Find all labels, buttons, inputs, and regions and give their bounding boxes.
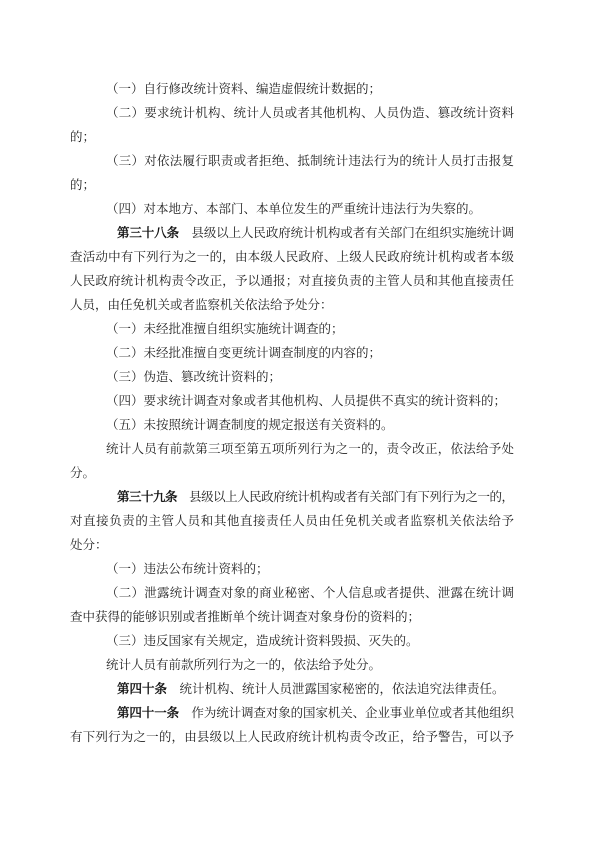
text-line: 第四十一条 作为统计调查对象的国家机关、企业事业单位或者其他组织 — [70, 701, 514, 725]
text-line: 对直接负责的主管人员和其他直接责任人员由任免机关或者监察机关依法给予 — [70, 509, 514, 533]
paragraph: （五）未按照统计调查制度的规定报送有关资料的。 — [70, 413, 514, 437]
paragraph: （二）要求统计机构、统计人员或者其他机构、人员伪造、篡改统计资料的； — [70, 101, 514, 149]
text-line: 有下列行为之一的，由县级以上人民政府统计机构责令改正，给予警告，可以予 — [70, 725, 514, 749]
article-number: 第四十条 — [117, 682, 167, 696]
paragraph: （一）自行修改统计资料、编造虚假统计数据的； — [70, 77, 514, 101]
document-page: （一）自行修改统计资料、编造虚假统计数据的；（二）要求统计机构、统计人员或者其他… — [0, 0, 600, 848]
text-line: 分。 — [70, 461, 514, 485]
text-line: 人员，由任免机关或者监察机关依法给予处分： — [70, 293, 514, 317]
text-line: 人民政府统计机构责令改正，予以通报；对直接负责的主管人员和其他直接责任 — [70, 269, 514, 293]
text-line: 第三十八条 县级以上人民政府统计机构或者有关部门在组织实施统计调 — [70, 221, 514, 245]
text-line: （四）对本地方、本部门、本单位发生的严重统计违法行为失察的。 — [70, 197, 514, 221]
paragraph: 统计人员有前款所列行为之一的，依法给予处分。 — [70, 653, 514, 677]
text-line: （二）要求统计机构、统计人员或者其他机构、人员伪造、篡改统计资料 — [70, 101, 514, 125]
paragraph: （三）伪造、篡改统计资料的； — [70, 365, 514, 389]
text-line: （一）违法公布统计资料的； — [70, 557, 514, 581]
article-paragraph: 第三十八条 县级以上人民政府统计机构或者有关部门在组织实施统计调查活动中有下列行… — [70, 221, 514, 317]
text-line: 的； — [70, 173, 514, 197]
text-line: （二）泄露统计调查对象的商业秘密、个人信息或者提供、泄露在统计调 — [70, 581, 514, 605]
text-line: 统计人员有前款第三项至第五项所列行为之一的，责令改正，依法给予处 — [70, 437, 514, 461]
text-line: 查中获得的能够识别或者推断单个统计调查对象身份的资料的； — [70, 605, 514, 629]
paragraph: （一）违法公布统计资料的； — [70, 557, 514, 581]
text-line: （二）未经批准擅自变更统计调查制度的内容的； — [70, 341, 514, 365]
paragraph: （三）对依法履行职责或者拒绝、抵制统计违法行为的统计人员打击报复的； — [70, 149, 514, 197]
paragraph: （二）未经批准擅自变更统计调查制度的内容的； — [70, 341, 514, 365]
article-number: 第三十八条 — [117, 226, 179, 240]
text-line: 处分： — [70, 533, 514, 557]
text-line: （三）对依法履行职责或者拒绝、抵制统计违法行为的统计人员打击报复 — [70, 149, 514, 173]
text-line: （一）自行修改统计资料、编造虚假统计数据的； — [70, 77, 514, 101]
text-line: 第三十九条 县级以上人民政府统计机构或者有关部门有下列行为之一的， — [70, 485, 514, 509]
paragraph: （二）泄露统计调查对象的商业秘密、个人信息或者提供、泄露在统计调查中获得的能够识… — [70, 581, 514, 629]
text-line: （三）伪造、篡改统计资料的； — [70, 365, 514, 389]
text-line: （一）未经批准擅自组织实施统计调查的； — [70, 317, 514, 341]
article-number: 第四十一条 — [117, 706, 179, 720]
paragraph: （一）未经批准擅自组织实施统计调查的； — [70, 317, 514, 341]
paragraph: （四）要求统计调查对象或者其他机构、人员提供不真实的统计资料的； — [70, 389, 514, 413]
text-line: 查活动中有下列行为之一的，由本级人民政府、上级人民政府统计机构或者本级 — [70, 245, 514, 269]
text-line: （四）要求统计调查对象或者其他机构、人员提供不真实的统计资料的； — [70, 389, 514, 413]
article-number: 第三十九条 — [117, 490, 177, 504]
article-paragraph: 第四十条 统计机构、统计人员泄露国家秘密的，依法追究法律责任。 — [70, 677, 514, 701]
paragraph: （四）对本地方、本部门、本单位发生的严重统计违法行为失察的。 — [70, 197, 514, 221]
text-line: 统计人员有前款所列行为之一的，依法给予处分。 — [70, 653, 514, 677]
text-line: （五）未按照统计调查制度的规定报送有关资料的。 — [70, 413, 514, 437]
paragraph: 统计人员有前款第三项至第五项所列行为之一的，责令改正，依法给予处分。 — [70, 437, 514, 485]
paragraph: （三）违反国家有关规定，造成统计资料毁损、灭失的。 — [70, 629, 514, 653]
text-line: 第四十条 统计机构、统计人员泄露国家秘密的，依法追究法律责任。 — [70, 677, 514, 701]
text-line: 的； — [70, 125, 514, 149]
article-paragraph: 第三十九条 县级以上人民政府统计机构或者有关部门有下列行为之一的，对直接负责的主… — [70, 485, 514, 557]
article-paragraph: 第四十一条 作为统计调查对象的国家机关、企业事业单位或者其他组织有下列行为之一的… — [70, 701, 514, 749]
text-line: （三）违反国家有关规定，造成统计资料毁损、灭失的。 — [70, 629, 514, 653]
legal-text-block: （一）自行修改统计资料、编造虚假统计数据的；（二）要求统计机构、统计人员或者其他… — [70, 77, 514, 749]
